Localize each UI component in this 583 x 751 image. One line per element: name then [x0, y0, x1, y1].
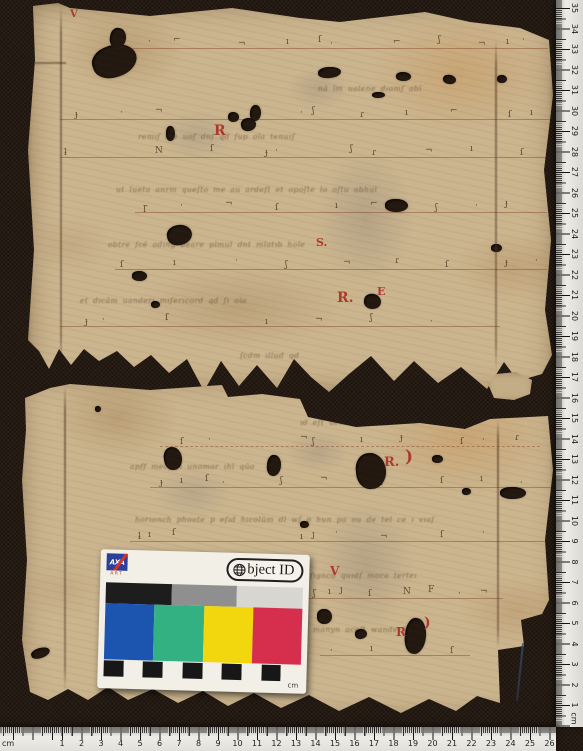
ruler-number: 10 [231, 739, 245, 749]
ruler-number: 21 [569, 288, 579, 302]
axa-brand-label: AXA [110, 558, 125, 566]
ruler-number: 8 [569, 555, 579, 569]
ruler-number: 6 [153, 739, 167, 749]
neume-mark: ı [148, 531, 151, 540]
ruler-number: 20 [569, 309, 579, 323]
script-line: apff meoſ ſı unomor ıhī qūo [130, 462, 550, 472]
red-initial: R [396, 626, 406, 638]
ruler-number: 35 [569, 1, 579, 15]
neume-mark: ı [335, 202, 338, 211]
script-line: et dıcām uanderı mıſerıcord qd ſı oīa [80, 296, 520, 306]
script-line: remıſ ıne uoſ dnſ qd ſup oīa tenuıſ [138, 132, 548, 142]
ruler-number: 14 [309, 739, 323, 749]
neume-mark: ſ [180, 438, 183, 447]
neume-mark: · [235, 257, 238, 266]
neume-mark: ſ [165, 314, 168, 323]
ruler-number: 30 [569, 104, 579, 118]
ruler-number: 17 [569, 370, 579, 384]
neume-mark: · [335, 529, 338, 538]
red-initial: V [330, 565, 339, 577]
ruler-number: 1 [55, 739, 69, 749]
staff-line: ɼ·¬ſı⌐ʃ·ɟ [135, 212, 547, 213]
ruler-unit-label: cm [2, 739, 14, 748]
neume-mark: ʃ [438, 36, 440, 45]
ruler-number: 7 [172, 739, 186, 749]
neume-mark: · [475, 202, 478, 211]
script-line: nā īm ualene dıomſ abī [318, 84, 548, 94]
ruler-number: 18 [569, 350, 579, 364]
neume-mark: ¬ [225, 200, 233, 209]
neume-mark: ſ [445, 261, 448, 270]
neume-mark: · [458, 590, 461, 599]
globe-icon [232, 562, 246, 576]
ruler-number: 5 [569, 616, 579, 630]
axa-logo: AXA ART [106, 553, 129, 577]
object-id-label: bject ID [247, 562, 294, 578]
ruler-number: 15 [569, 411, 579, 425]
neume-mark: ı [286, 38, 289, 47]
ruler-number: 20 [426, 739, 440, 749]
neume-mark: ſ [368, 590, 371, 599]
neume-mark: ı [470, 145, 473, 154]
hole [500, 487, 526, 499]
neume-mark: ɾ [515, 434, 519, 443]
ruler-number: 13 [289, 739, 303, 749]
hole [300, 521, 309, 528]
neume-mark: ı [173, 259, 176, 268]
neume-mark: · [300, 109, 303, 118]
fabric-thread [516, 643, 524, 701]
staff-line: ·ı·ſ [320, 655, 470, 656]
neume-mark: ¬ [155, 107, 163, 116]
hole [396, 72, 411, 81]
fold-crease [60, 6, 62, 366]
color-patch [252, 607, 303, 664]
staff-line: ſ·¬ʃıɟſ·ɾ [160, 446, 540, 447]
neume-mark: · [522, 36, 525, 45]
neume-mark: ɾ [360, 111, 364, 120]
checker-cell [103, 660, 123, 677]
neume-mark: ı [480, 475, 483, 484]
neume-mark: ɟ [505, 200, 508, 209]
ruler-number: 33 [569, 42, 579, 56]
neume-mark: ı [328, 588, 331, 597]
staff-line: ʃıȷſNF·¬ [308, 598, 503, 599]
ruler-number: 3 [94, 739, 108, 749]
top-fragment: ſ·⌐¬ıſ·⌐ʃ¬ı·nā īm ualene dıomſ abīɟ·¬ſ·ʃ… [28, 3, 555, 393]
neume-mark: ¬ [238, 40, 246, 49]
object-id-badge: bject ID [226, 558, 304, 583]
neume-mark: ɼ [143, 204, 147, 213]
color-card: AXA ART bject ID cm [97, 549, 310, 694]
neume-mark: ſ [318, 36, 321, 45]
hole [132, 271, 147, 281]
hole [228, 112, 239, 122]
neume-mark: ſ [210, 145, 213, 154]
ruler-number: 32 [569, 63, 579, 77]
hole [166, 126, 175, 141]
neume-mark: ¬ [478, 40, 486, 49]
ruler-number: 4 [114, 739, 128, 749]
neume-mark: ſ [460, 438, 463, 447]
ruler-bottom: cm 1234567891011121314151617181920212223… [0, 727, 556, 751]
photo-background: ſ·⌐¬ıſ·⌐ʃ¬ı·nā īm ualene dıomſ abīɟ·¬ſ·ʃ… [0, 0, 583, 751]
ruler-number: 26 [569, 186, 579, 200]
neume-mark: · [482, 436, 485, 445]
neume-mark: ʃ [312, 107, 314, 116]
checker-cell [143, 661, 163, 678]
ruler-number: 23 [569, 247, 579, 261]
neume-mark: ɟ [85, 318, 88, 327]
neume-mark: ı [180, 477, 183, 486]
neume-mark: ı [530, 109, 533, 118]
neume-mark: ı [506, 38, 509, 47]
fold-crease [497, 420, 499, 648]
ruler-number: 19 [406, 739, 420, 749]
ruler-number: 29 [569, 124, 579, 138]
ruler-number: 25 [569, 206, 579, 220]
neume-mark: ɾ [372, 149, 376, 158]
ruler-number: 5 [133, 739, 147, 749]
ruler-number: 12 [569, 473, 579, 487]
ruler-number: 4 [569, 637, 579, 651]
neume-mark: ſ [450, 647, 453, 656]
staff-line: ſı·ʃ¬ɾſɟ· [115, 269, 547, 270]
staff-line: ƚNſɟ·ʃɾ¬ıſ [60, 157, 548, 158]
checker-cell [222, 664, 242, 681]
ruler-number: 2 [569, 678, 579, 692]
ruler-number: 18 [387, 739, 401, 749]
red-initial: R [214, 124, 226, 138]
neume-mark: ¬ [480, 588, 488, 597]
hole [30, 645, 51, 660]
ruler-number: 2 [75, 739, 89, 749]
script-line: ut lueta anrm queſto me au ardeſt et opo… [116, 185, 552, 195]
neume-mark: · [520, 479, 523, 488]
ruler-unit-label: cm [570, 712, 579, 726]
neume-mark: ¬ [300, 434, 308, 443]
ruler-number: 24 [504, 739, 518, 749]
neume-mark: ɟ [265, 149, 268, 158]
ruler-number: 8 [192, 739, 206, 749]
neume-mark: ſ [440, 531, 443, 540]
neume-mark: · [120, 109, 123, 118]
ruler-number: 34 [569, 22, 579, 36]
hole [266, 454, 282, 476]
neume-mark: ¬ [380, 533, 388, 542]
color-patch-row [104, 603, 302, 664]
neume-mark: ¬ [320, 475, 328, 484]
red-initial: ) [405, 449, 413, 466]
ruler-number: 19 [569, 329, 579, 343]
staff-line: ƚıſıȷ·¬ſ· [130, 541, 550, 542]
ruler-number: 9 [569, 534, 579, 548]
hole [372, 92, 385, 98]
color-patch [153, 605, 204, 662]
ruler-number: 31 [569, 83, 579, 97]
neume-mark: ɟ [400, 434, 403, 443]
red-initial: E [377, 286, 385, 297]
ruler-right: cm 3534333231302928272625242322212019181… [556, 0, 583, 727]
neume-mark: ⌐ [173, 36, 181, 45]
neume-mark: · [330, 40, 333, 49]
ruler-number: 11 [250, 739, 264, 749]
gray-patch [237, 586, 303, 609]
card-cm-label: cm [287, 681, 298, 689]
ruler-number: 21 [445, 739, 459, 749]
red-initial: V [70, 10, 78, 20]
staff-line: ɟ·ſı¬ʃ· [60, 326, 500, 327]
staff-line: ſ·⌐¬ıſ·⌐ʃ¬ı· [118, 48, 548, 49]
ruler-number: 15 [328, 739, 342, 749]
neume-mark: ı [300, 533, 303, 542]
neume-mark: ſ [275, 204, 278, 213]
neume-mark: ſ [120, 261, 123, 270]
checker-cell [123, 661, 143, 678]
neume-mark: ⌐ [370, 200, 378, 209]
neume-mark: · [148, 38, 151, 47]
ruler-number: 25 [523, 739, 537, 749]
gray-patch [171, 584, 237, 607]
hole [151, 301, 160, 308]
ruler-number: 27 [569, 165, 579, 179]
neume-mark: ı [370, 645, 373, 654]
checker-cell [241, 664, 261, 681]
checker-cell [182, 662, 202, 679]
neume-mark: ı [360, 436, 363, 445]
neume-mark: ¬ [315, 316, 323, 325]
neume-mark: ı [405, 109, 408, 118]
neume-mark: · [275, 147, 278, 156]
neume-mark: ƚ [64, 149, 67, 158]
ruler-number: 16 [348, 739, 362, 749]
hole [462, 488, 471, 495]
neume-mark: ƚ [138, 533, 141, 542]
checker-cell [261, 665, 281, 682]
script-line: horıonch phoote p eſıd hıcolūm dl wſ p h… [135, 515, 559, 525]
neume-mark: · [330, 647, 333, 656]
neume-mark: ɟ [160, 479, 163, 488]
hole [432, 455, 443, 463]
neume-mark: · [222, 479, 225, 488]
neume-mark: ʃ [370, 314, 372, 323]
ruler-number: 13 [569, 452, 579, 466]
neume-mark: ʃ [435, 204, 437, 213]
neume-mark: ʃ [350, 145, 352, 154]
neume-mark: ſ [440, 477, 443, 486]
neume-mark: ¬ [343, 259, 351, 268]
neume-mark: N [155, 147, 163, 156]
neume-mark: ʃ [312, 438, 314, 447]
hole [354, 628, 367, 640]
hole [317, 609, 332, 624]
ruler-number: 12 [270, 739, 284, 749]
ruler-number: 22 [465, 739, 479, 749]
ruler-number: 7 [569, 575, 579, 589]
neume-mark: · [180, 202, 183, 211]
fold-crease [28, 62, 66, 64]
neume-mark: · [430, 318, 433, 327]
staff-line: ɟ·¬ſ·ʃɾı⌐ſı [60, 119, 552, 120]
neume-mark: ʃ [285, 261, 287, 270]
red-initial: S. [316, 237, 327, 248]
neume-mark: ſ [172, 529, 175, 538]
script-line: ıd eſt uenıam [300, 418, 500, 428]
ruler-number: 11 [569, 493, 579, 507]
hole [385, 199, 408, 212]
neume-mark: F [428, 586, 434, 595]
neume-mark: ſ [520, 149, 523, 158]
ruler-number: 1 [569, 698, 579, 712]
neume-mark: ſ [205, 475, 208, 484]
color-patch [104, 603, 155, 660]
ruler-number: 24 [569, 227, 579, 241]
checker-cell [163, 662, 183, 679]
ruler-number: 23 [484, 739, 498, 749]
neume-mark: · [102, 316, 105, 325]
fold-crease [495, 40, 497, 370]
red-initial: R. [337, 291, 354, 305]
neume-mark: ɟ [75, 111, 78, 120]
script-line: ſıgnco quıdſ maca terteı [310, 571, 546, 581]
ruler-number: 28 [569, 145, 579, 159]
ruler-number: 3 [569, 657, 579, 671]
neume-mark: ⌐ [393, 38, 401, 47]
ruler-ticks-cm [556, 0, 570, 727]
neume-mark: · [482, 529, 485, 538]
neume-mark: ı [265, 318, 268, 327]
color-patch [202, 606, 253, 663]
ruler-number: 17 [367, 739, 381, 749]
neume-mark: ɾ [395, 257, 399, 266]
ruler-number: 9 [211, 739, 225, 749]
ruler-number: 16 [569, 391, 579, 405]
ruler-number: 6 [569, 596, 579, 610]
red-initial: R. [384, 456, 399, 469]
checker-cell [281, 665, 301, 682]
neume-mark: ſ [508, 111, 511, 120]
neume-mark: ʃ [280, 477, 282, 486]
ruler-number: 22 [569, 268, 579, 282]
script-line: ſcdm ıllud qd [240, 351, 480, 361]
neume-mark: N [403, 588, 411, 597]
neume-mark: ʃ [313, 590, 315, 599]
staff-line: ɟıſ·ʃ¬ɾſı· [150, 487, 555, 488]
neume-mark: ȷ [340, 586, 343, 595]
neume-mark: ¬ [425, 147, 433, 156]
ruler-number: 14 [569, 432, 579, 446]
hole [497, 75, 507, 83]
neume-mark: · [208, 436, 211, 445]
neume-mark: ɟ [505, 259, 508, 268]
neume-mark: · [535, 257, 538, 266]
axa-logo-box: AXA [106, 553, 127, 571]
checker-cell [202, 663, 222, 680]
neume-mark: ȷ [312, 531, 315, 540]
hole [95, 406, 101, 412]
hole [318, 66, 342, 79]
ruler-number: 26 [543, 739, 557, 749]
fold-crease [64, 386, 66, 691]
axa-art-label: ART [106, 571, 127, 577]
gray-patch [105, 582, 171, 605]
neume-mark: ⌐ [450, 107, 458, 116]
red-initial: ) [424, 616, 431, 630]
ruler-number: 10 [569, 514, 579, 528]
